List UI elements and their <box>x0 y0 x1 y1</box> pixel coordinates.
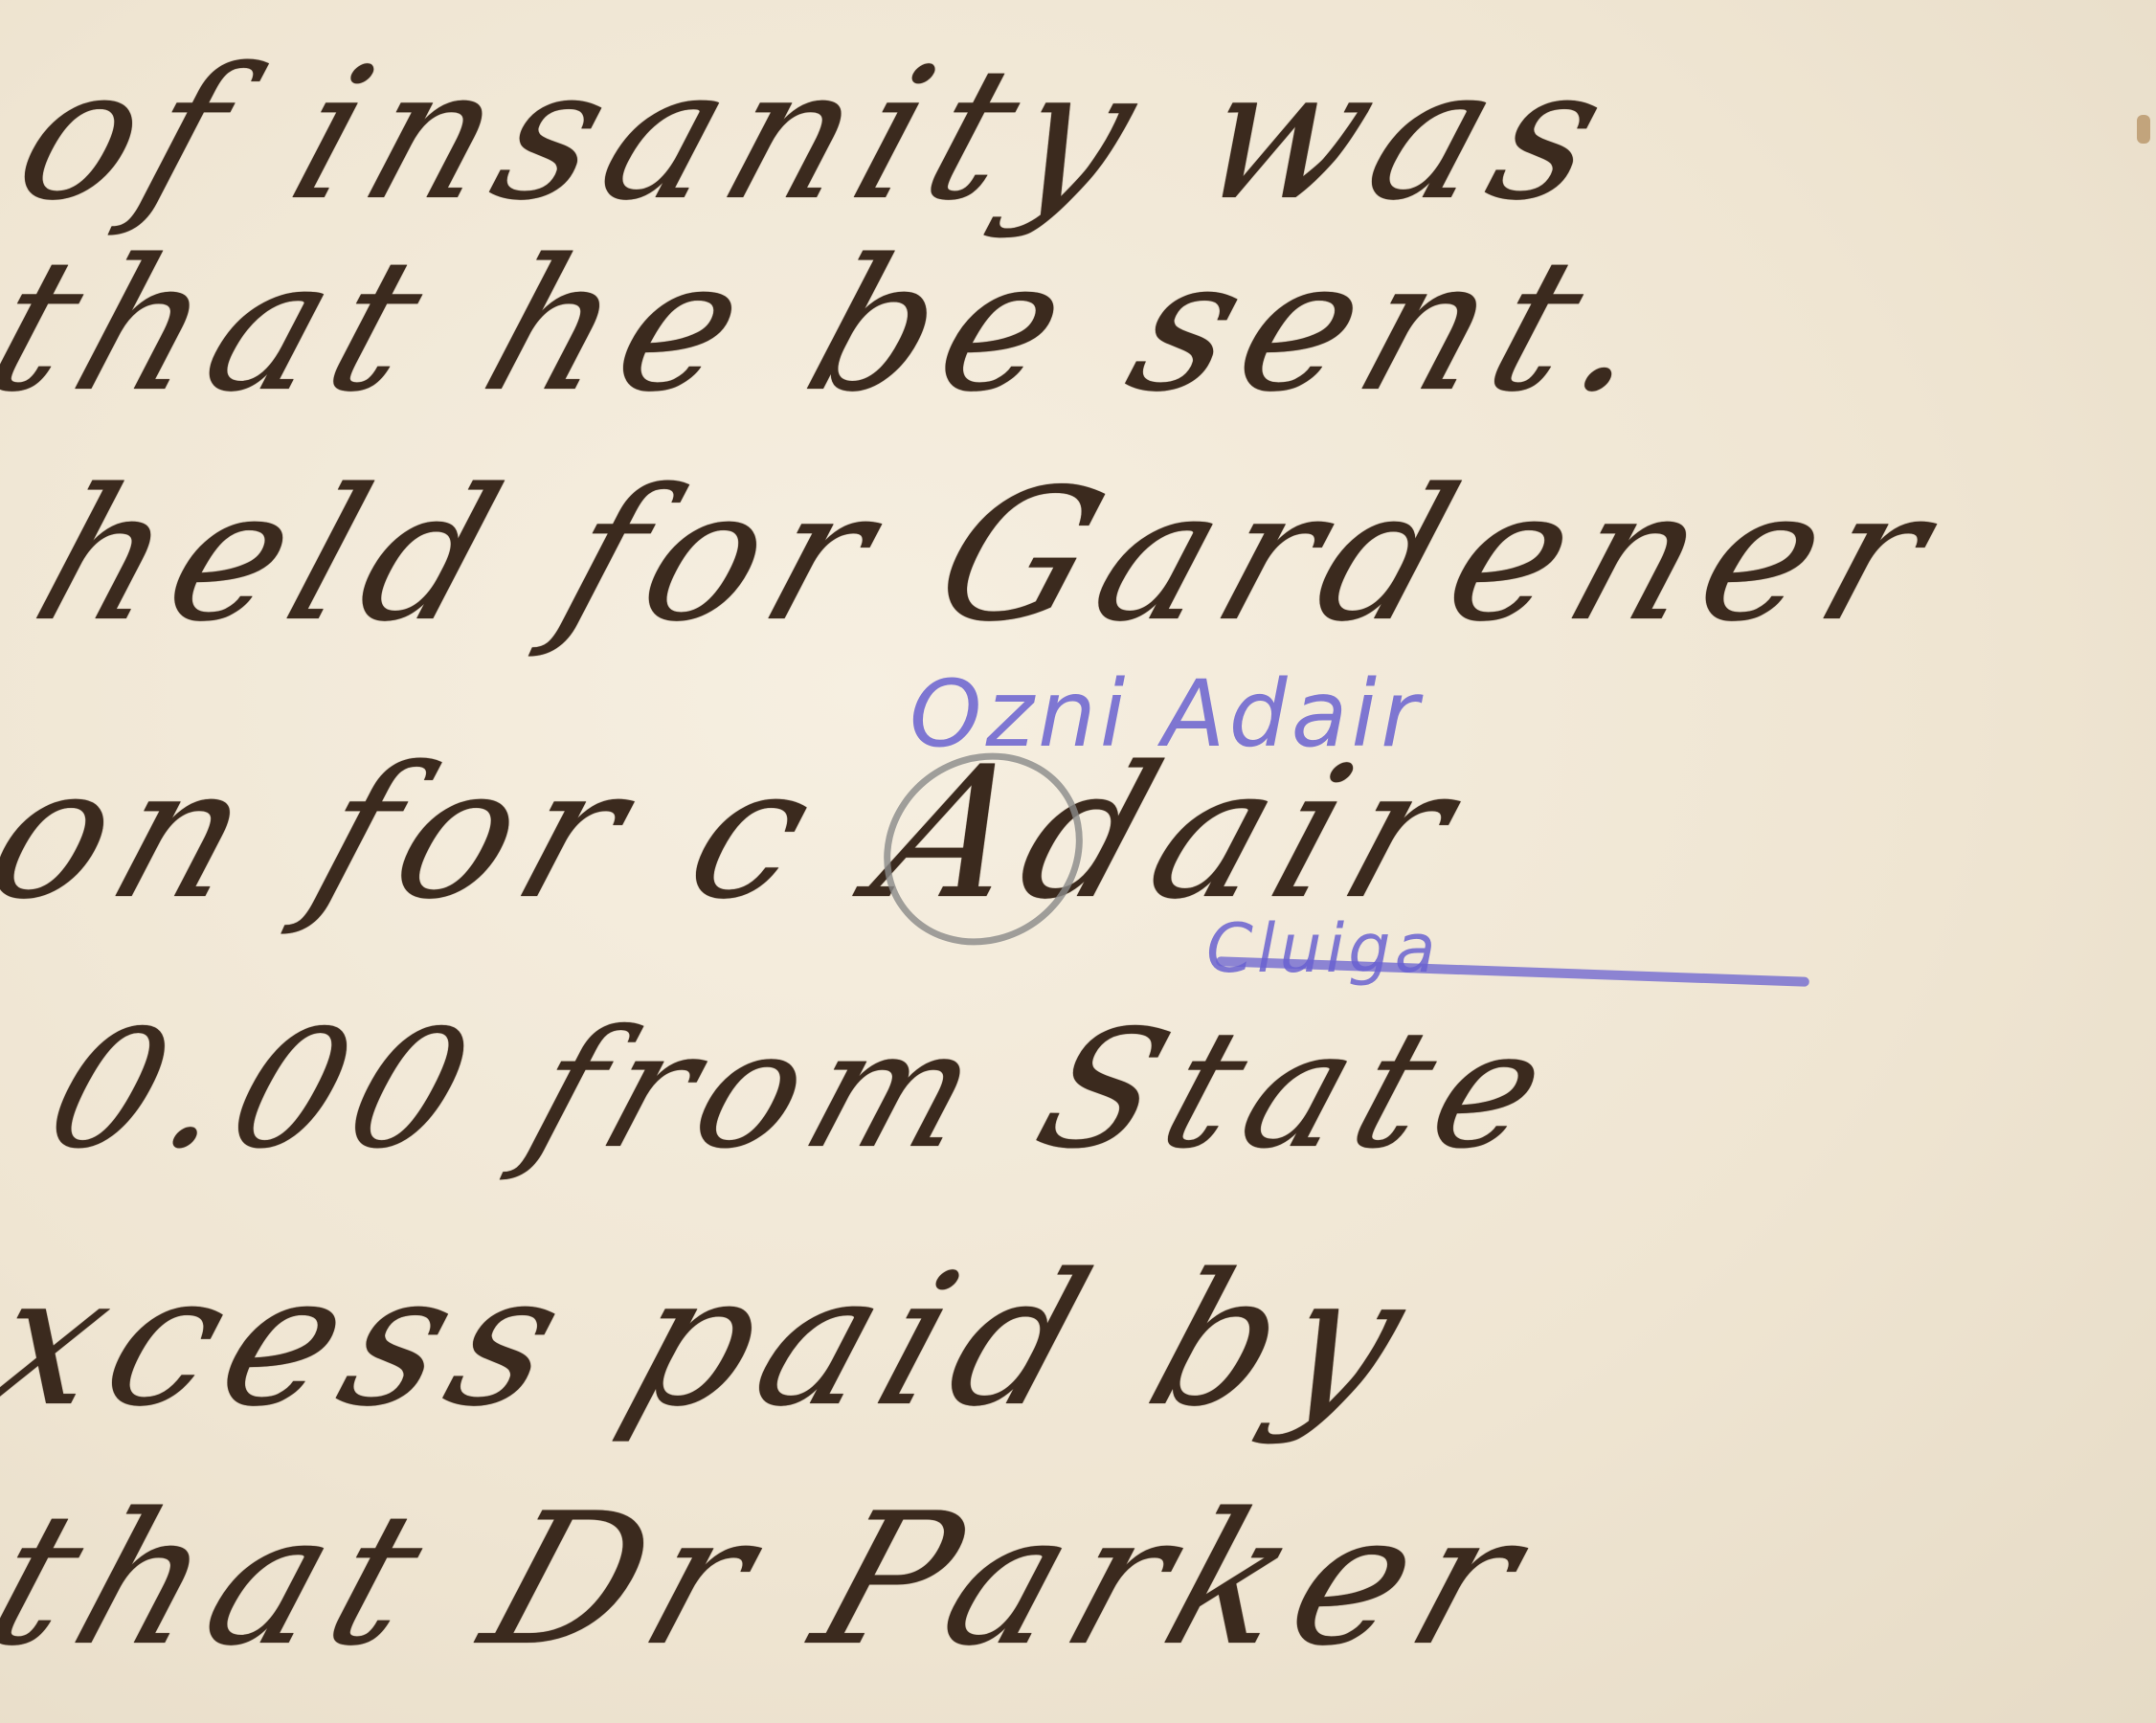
handwritten-line-5: 0.00 from State <box>27 996 1582 1185</box>
handwritten-line-3: held for Gardener <box>13 450 1965 661</box>
handwritten-line-6: xcess paid by <box>0 1235 1442 1446</box>
paper-stain <box>2137 115 2150 144</box>
handwritten-line-2: that he be sent. <box>0 220 1692 432</box>
handwritten-line-7: that Dr Parker <box>0 1474 1557 1686</box>
blue-annotation-name: Ozni Adair <box>910 660 1423 768</box>
manuscript-page: of insanity was that he be sent. held fo… <box>0 0 2156 1723</box>
handwritten-line-1: of insanity was <box>0 29 1643 240</box>
blue-annotation-subtext: Cluiga <box>1206 909 1439 988</box>
